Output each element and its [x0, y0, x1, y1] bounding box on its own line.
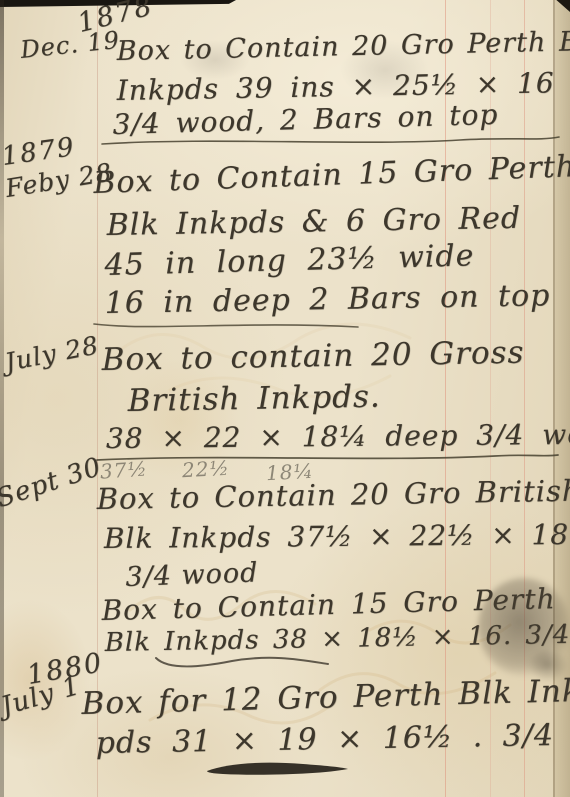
pencil-note: 37½ [99, 456, 148, 483]
entry-line: British Inkpds. [127, 379, 381, 419]
entry-line: Box to contain 20 Gross [101, 335, 524, 378]
entry-line: Blk Inkpds 37½ × 22½ × 18¼ [104, 518, 570, 555]
entry-date: Dec. 19 [19, 26, 121, 64]
entry-line: 38 × 22 × 18¼ deep 3/4 wood [106, 417, 570, 455]
entry-line: Box for 12 Gro Perth Blk Ink [81, 673, 570, 722]
entry-line: Box to Contain 15 Gro Perth [93, 149, 570, 201]
entry-line: pds 31 × 19 × 16½ . 3/4 wood [95, 716, 570, 761]
ledger-page: 1878 Dec. 19 Box to Contain 20 Gro Perth… [0, 0, 570, 797]
entry-date: Sept 30 [0, 452, 105, 514]
scan-edge-left [0, 0, 4, 797]
heavy-underline [203, 760, 351, 780]
pencil-note: 22½ [181, 456, 230, 482]
entry-date: July 28 [2, 330, 101, 377]
entry-line: Box to Contain 20 Gro Perth Black [116, 25, 570, 67]
entry-line: Box to Contain 20 Gro British [96, 474, 570, 516]
entry-line: 3/4 wood [125, 557, 259, 593]
entry-line: Blk Inkpds & 6 Gro Red [106, 201, 521, 243]
entry-line: 45 in long 23½ wide [104, 238, 475, 283]
entry-line: 16 in deep 2 Bars on top [104, 278, 550, 321]
